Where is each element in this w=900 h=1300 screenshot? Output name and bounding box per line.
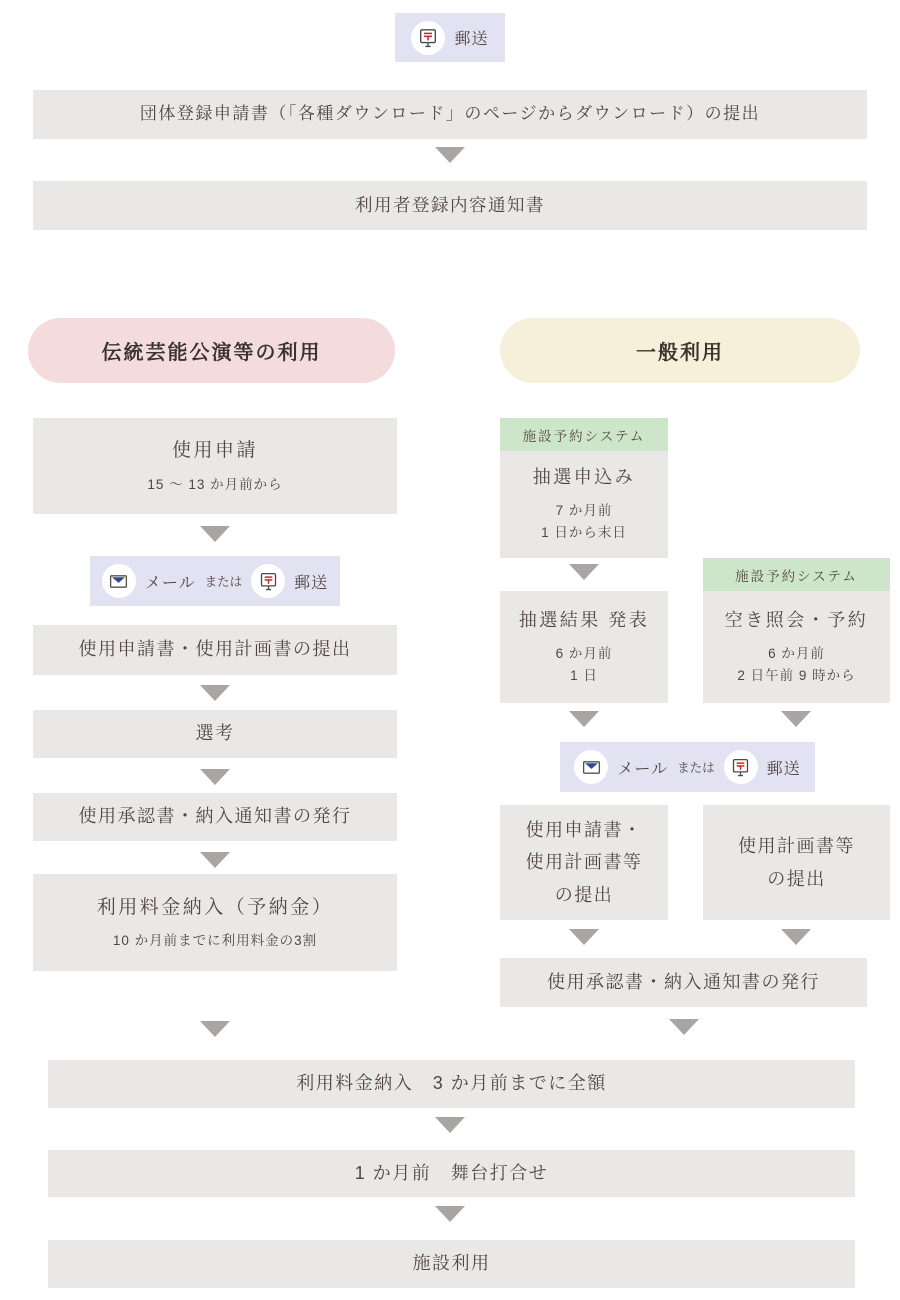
step-deposit-note: 10 か月前までに利用料金の3割 bbox=[113, 930, 317, 952]
postal-icon bbox=[251, 564, 285, 598]
step-submit-documents: 使用申請書・使用計画書の提出 bbox=[33, 625, 397, 675]
step-deposit-title: 利用料金納入（予納金） bbox=[97, 893, 334, 922]
postal-icon bbox=[411, 21, 445, 55]
step-use-application-title: 使用申請 bbox=[172, 436, 258, 465]
step-deposit-payment: 利用料金納入（予納金） 10 か月前までに利用料金の3割 bbox=[33, 874, 397, 971]
flow-diagram: 郵送 団体登録申請書（「各種ダウンロード」のページからダウンロード）の提出 利用… bbox=[0, 0, 900, 1300]
step-approval-issue-traditional: 使用承認書・納入通知書の発行 bbox=[33, 793, 397, 841]
postal-badge: 郵送 bbox=[395, 13, 505, 62]
step-registration-notice: 利用者登録内容通知書 bbox=[33, 181, 867, 230]
step-full-payment: 利用料金納入 3 か月前までに全額 bbox=[48, 1060, 855, 1108]
contact-post-label: 郵送 bbox=[294, 570, 328, 593]
section-title-traditional: 伝統芸能公演等の利用 bbox=[28, 318, 395, 383]
down-arrow-icon bbox=[200, 769, 230, 785]
step-stage-meeting: 1 か月前 舞台打合せ bbox=[48, 1150, 855, 1197]
down-arrow-icon bbox=[569, 711, 599, 727]
section-title-general: 一般利用 bbox=[500, 318, 860, 383]
down-arrow-icon bbox=[569, 929, 599, 945]
contact-or-label: または bbox=[677, 758, 715, 776]
down-arrow-icon bbox=[781, 929, 811, 945]
down-arrow-icon bbox=[435, 147, 465, 163]
step-lottery-result-note: 6 か月前 1 日 bbox=[556, 643, 613, 688]
step-availability-title: 空き照会・予約 bbox=[725, 607, 869, 635]
down-arrow-icon bbox=[435, 1206, 465, 1222]
down-arrow-icon bbox=[669, 1019, 699, 1035]
mail-icon bbox=[102, 564, 136, 598]
contact-mail-label: メール bbox=[617, 756, 668, 779]
step-facility-use: 施設利用 bbox=[48, 1240, 855, 1288]
down-arrow-icon bbox=[200, 526, 230, 542]
contact-badge-general: メール または 郵送 bbox=[560, 742, 815, 792]
step-submit-application-plan: 使用申請書・ 使用計画書等 の提出 bbox=[500, 805, 668, 920]
system-badge-lottery: 施設予約システム bbox=[500, 418, 668, 451]
step-use-application: 使用申請 15 〜 13 か月前から bbox=[33, 418, 397, 514]
step-lottery-result-title: 抽選結果 発表 bbox=[519, 607, 650, 635]
contact-mail-label: メール bbox=[145, 570, 196, 593]
step-submit-plan: 使用計画書等 の提出 bbox=[703, 805, 890, 920]
down-arrow-icon bbox=[200, 1021, 230, 1037]
system-badge-availability: 施設予約システム bbox=[703, 558, 890, 591]
down-arrow-icon bbox=[200, 852, 230, 868]
contact-post-label: 郵送 bbox=[767, 756, 801, 779]
postal-badge-label: 郵送 bbox=[454, 26, 488, 49]
down-arrow-icon bbox=[435, 1117, 465, 1133]
step-availability-reserve: 空き照会・予約 6 か月前 2 日午前 9 時から bbox=[703, 591, 890, 703]
contact-or-label: または bbox=[205, 572, 243, 590]
down-arrow-icon bbox=[569, 564, 599, 580]
step-lottery-result: 抽選結果 発表 6 か月前 1 日 bbox=[500, 591, 668, 703]
step-lottery-apply: 抽選申込み 7 か月前 1 日から末日 bbox=[500, 451, 668, 558]
step-use-application-note: 15 〜 13 か月前から bbox=[147, 474, 282, 496]
down-arrow-icon bbox=[781, 711, 811, 727]
postal-icon bbox=[724, 750, 758, 784]
contact-badge-traditional: メール または 郵送 bbox=[90, 556, 340, 606]
step-group-registration: 団体登録申請書（「各種ダウンロード」のページからダウンロード）の提出 bbox=[33, 90, 867, 139]
mail-icon bbox=[574, 750, 608, 784]
step-lottery-title: 抽選申込み bbox=[533, 464, 636, 492]
down-arrow-icon bbox=[200, 685, 230, 701]
step-availability-note: 6 か月前 2 日午前 9 時から bbox=[737, 643, 855, 688]
step-lottery-note: 7 か月前 1 日から末日 bbox=[541, 500, 627, 545]
step-approval-issue-general: 使用承認書・納入通知書の発行 bbox=[500, 958, 867, 1007]
step-screening: 選考 bbox=[33, 710, 397, 758]
